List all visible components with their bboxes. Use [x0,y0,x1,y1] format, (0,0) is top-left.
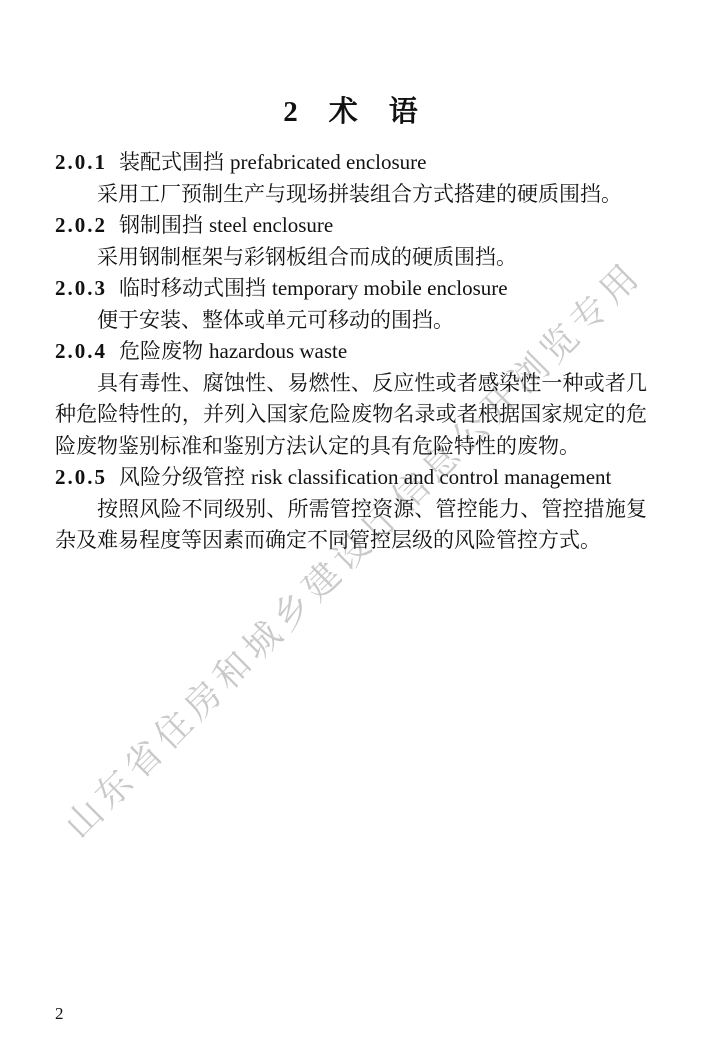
page-content: 2 术 语 2.0.1装配式围挡prefabricated enclosure … [55,95,647,557]
term-definition: 采用工厂预制生产与现场拼装组合方式搭建的硬质围挡。 [55,179,647,211]
page-number: 2 [55,1002,64,1026]
term-definition: 采用钢制框架与彩钢板组合而成的硬质围挡。 [55,242,647,274]
clause-number: 2.0.1 [55,150,107,174]
clause-number: 2.0.3 [55,276,107,300]
document-page: 山东省住房和城乡建设厅信息公开浏览专用 2 术 语 2.0.1装配式围挡pref… [0,0,702,1054]
term-definition: 具有毒性、腐蚀性、易燃性、反应性或者感染性一种或者几种危险特性的，并列入国家危险… [55,368,647,463]
term-heading: 2.0.2钢制围挡steel enclosure [55,210,647,242]
term-heading: 2.0.5风险分级管控risk classification and contr… [55,462,647,494]
term-zh: 临时移动式围挡 [119,276,266,300]
term-entry: 2.0.4危险废物hazardous waste 具有毒性、腐蚀性、易燃性、反应… [55,336,647,462]
term-heading: 2.0.3临时移动式围挡temporary mobile enclosure [55,273,647,305]
term-zh: 风险分级管控 [119,465,245,489]
term-en: steel enclosure [209,213,333,237]
chapter-title: 2 术 语 [55,95,647,130]
term-en: hazardous waste [209,339,347,363]
term-entry: 2.0.5风险分级管控risk classification and contr… [55,462,647,557]
term-entry: 2.0.1装配式围挡prefabricated enclosure 采用工厂预制… [55,147,647,210]
term-en: temporary mobile enclosure [272,276,508,300]
clause-number: 2.0.4 [55,339,107,363]
term-entry: 2.0.2钢制围挡steel enclosure 采用钢制框架与彩钢板组合而成的… [55,210,647,273]
term-en: prefabricated enclosure [230,150,426,174]
term-definition: 按照风险不同级别、所需管控资源、管控能力、管控措施复杂及难易程度等因素而确定不同… [55,494,647,557]
clause-number: 2.0.5 [55,465,107,489]
term-en: risk classification and control manageme… [251,465,611,489]
term-heading: 2.0.4危险废物hazardous waste [55,336,647,368]
clause-number: 2.0.2 [55,213,107,237]
term-definition: 便于安装、整体或单元可移动的围挡。 [55,305,647,337]
term-heading: 2.0.1装配式围挡prefabricated enclosure [55,147,647,179]
term-zh: 钢制围挡 [119,213,203,237]
term-zh: 危险废物 [119,339,203,363]
term-zh: 装配式围挡 [119,150,224,174]
term-entry: 2.0.3临时移动式围挡temporary mobile enclosure 便… [55,273,647,336]
